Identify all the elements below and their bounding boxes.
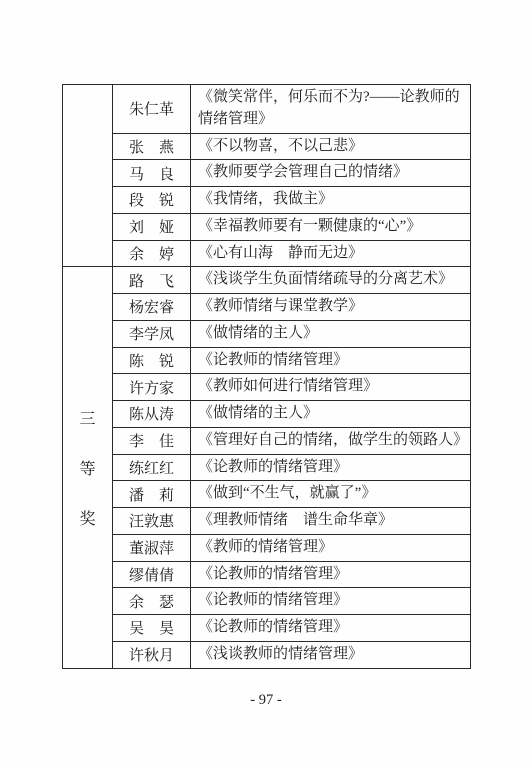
table-row: 李学凤 《做情绪的主人》	[63, 320, 471, 347]
essay-title-cell: 《教师情绪与课堂教学》	[191, 294, 471, 321]
essay-title-cell: 《幸福教师要有一颗健康的“心”》	[191, 213, 471, 240]
author-name-cell: 吴 昊	[113, 615, 191, 642]
essay-title-cell: 《教师要学会管理自己的情绪》	[191, 160, 471, 187]
essay-title-cell: 《理教师情绪 谱生命华章》	[191, 508, 471, 535]
award-tier-cell: 三等奖	[63, 267, 113, 668]
table-row: 许秋月 《浅谈教师的情绪管理》	[63, 641, 471, 668]
author-name-cell: 朱仁革	[113, 85, 191, 134]
author-name-cell: 练红红	[113, 454, 191, 481]
author-name-cell: 陈从涛	[113, 401, 191, 428]
essay-title-cell: 《教师如何进行情绪管理》	[191, 374, 471, 401]
page-number: - 97 -	[0, 692, 532, 709]
table-row: 吴 昊 《论教师的情绪管理》	[63, 615, 471, 642]
table-row: 余 瑟 《论教师的情绪管理》	[63, 588, 471, 615]
author-name-cell: 余 婷	[113, 240, 191, 267]
author-name-cell: 李学凤	[113, 320, 191, 347]
author-name-cell: 汪敦惠	[113, 508, 191, 535]
essay-title-cell: 《不以物喜，不以己悲》	[191, 133, 471, 160]
awards-table: 朱仁革 《微笑常伴，何乐而不为?——论教师的情绪管理》 张 燕 《不以物喜，不以…	[62, 84, 471, 669]
table-row: 李 佳 《管理好自己的情绪，做学生的领路人》	[63, 427, 471, 454]
table-row: 朱仁革 《微笑常伴，何乐而不为?——论教师的情绪管理》	[63, 85, 471, 134]
author-name-cell: 路 飞	[113, 267, 191, 294]
essay-title-cell: 《论教师的情绪管理》	[191, 588, 471, 615]
author-name-cell: 缪倩倩	[113, 561, 191, 588]
author-name-cell: 刘 娅	[113, 213, 191, 240]
award-tier-char: 等	[79, 456, 95, 479]
award-tier-cell	[63, 85, 113, 267]
author-name-cell: 马 良	[113, 160, 191, 187]
essay-title-cell: 《论教师的情绪管理》	[191, 347, 471, 374]
essay-title-cell: 《心有山海 静而无边》	[191, 240, 471, 267]
author-name-cell: 许秋月	[113, 641, 191, 668]
table-row: 练红红 《论教师的情绪管理》	[63, 454, 471, 481]
author-name-cell: 张 燕	[113, 133, 191, 160]
table-row: 董淑萍 《教师的情绪管理》	[63, 534, 471, 561]
author-name-cell: 余 瑟	[113, 588, 191, 615]
document-page: 朱仁革 《微笑常伴，何乐而不为?——论教师的情绪管理》 张 燕 《不以物喜，不以…	[0, 0, 532, 768]
essay-title-cell: 《做情绪的主人》	[191, 320, 471, 347]
table-row: 余 婷 《心有山海 静而无边》	[63, 240, 471, 267]
essay-title-cell: 《微笑常伴，何乐而不为?——论教师的情绪管理》	[191, 85, 471, 134]
essay-title-cell: 《论教师的情绪管理》	[191, 561, 471, 588]
award-tier-char: 三	[79, 406, 95, 429]
award-tier-char: 奖	[79, 506, 95, 529]
author-name-cell: 段 锐	[113, 187, 191, 214]
essay-title-cell: 《我情绪，我做主》	[191, 187, 471, 214]
table-row: 陈 锐 《论教师的情绪管理》	[63, 347, 471, 374]
table-row: 许方家 《教师如何进行情绪管理》	[63, 374, 471, 401]
essay-title-cell: 《论教师的情绪管理》	[191, 615, 471, 642]
table-row: 张 燕 《不以物喜，不以己悲》	[63, 133, 471, 160]
award-tier-label: 三等奖	[64, 406, 111, 529]
author-name-cell: 李 佳	[113, 427, 191, 454]
awards-table-body: 朱仁革 《微笑常伴，何乐而不为?——论教师的情绪管理》 张 燕 《不以物喜，不以…	[63, 85, 471, 669]
table-row: 缪倩倩 《论教师的情绪管理》	[63, 561, 471, 588]
author-name-cell: 杨宏睿	[113, 294, 191, 321]
table-row: 陈从涛 《做情绪的主人》	[63, 401, 471, 428]
essay-title-cell: 《浅谈学生负面情绪疏导的分离艺术》	[191, 267, 471, 294]
essay-title-cell: 《浅谈教师的情绪管理》	[191, 641, 471, 668]
table-row: 马 良 《教师要学会管理自己的情绪》	[63, 160, 471, 187]
author-name-cell: 许方家	[113, 374, 191, 401]
table-row: 杨宏睿 《教师情绪与课堂教学》	[63, 294, 471, 321]
essay-title-cell: 《教师的情绪管理》	[191, 534, 471, 561]
essay-title-cell: 《做到“不生气，就赢了”》	[191, 481, 471, 508]
essay-title-cell: 《做情绪的主人》	[191, 401, 471, 428]
author-name-cell: 潘 莉	[113, 481, 191, 508]
author-name-cell: 董淑萍	[113, 534, 191, 561]
essay-title-cell: 《论教师的情绪管理》	[191, 454, 471, 481]
author-name-cell: 陈 锐	[113, 347, 191, 374]
essay-title-cell: 《管理好自己的情绪，做学生的领路人》	[191, 427, 471, 454]
table-row: 三等奖路 飞 《浅谈学生负面情绪疏导的分离艺术》	[63, 267, 471, 294]
table-row: 汪敦惠 《理教师情绪 谱生命华章》	[63, 508, 471, 535]
table-row: 段 锐 《我情绪，我做主》	[63, 187, 471, 214]
table-row: 刘 娅 《幸福教师要有一颗健康的“心”》	[63, 213, 471, 240]
table-row: 潘 莉 《做到“不生气，就赢了”》	[63, 481, 471, 508]
